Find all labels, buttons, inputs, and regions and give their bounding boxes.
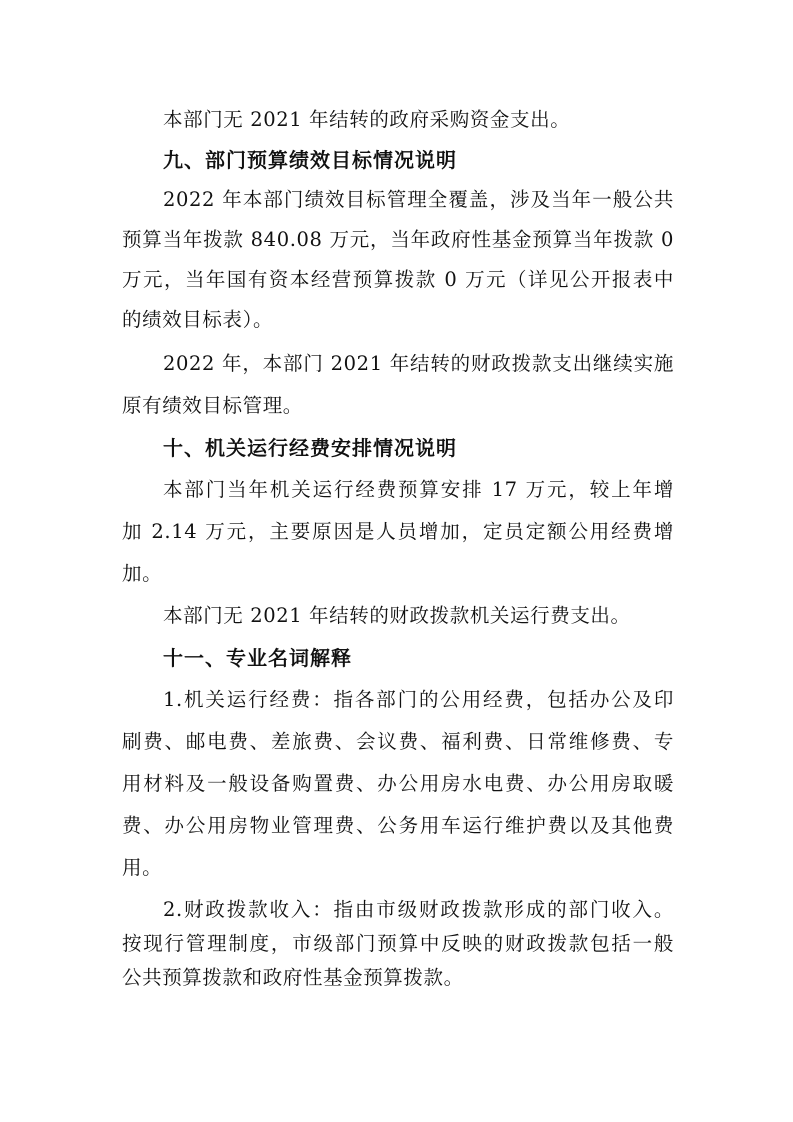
paragraph-line: 1.机关运行经费：指各部门的公用经费，包括办公及印 bbox=[163, 688, 674, 712]
paragraph-line: 的绩效目标表）。 bbox=[122, 308, 273, 332]
section-heading-10: 十、机关运行经费安排情况说明 bbox=[163, 436, 457, 460]
section-heading-11: 十一、专业名词解释 bbox=[163, 646, 352, 670]
paragraph-procurement-note: 本部门无 2021 年结转的政府采购资金支出。 bbox=[163, 108, 570, 132]
paragraph-line: 用材料及一般设备购置费、办公用房水电费、办公用房取暖 bbox=[122, 772, 674, 796]
paragraph-line: 按现行管理制度，市级部门预算中反映的财政拨款包括一般 bbox=[122, 932, 674, 956]
paragraph-line: 用。 bbox=[122, 856, 162, 880]
paragraph-line: 公共预算拨款和政府性基金预算拨款。 bbox=[122, 966, 464, 990]
paragraph-line: 预算当年拨款 840.08 万元，当年政府性基金预算当年拨款 0 bbox=[122, 228, 674, 252]
paragraph-line: 加。 bbox=[122, 562, 162, 586]
paragraph-line: 万元，当年国有资本经营预算拨款 0 万元（详见公开报表中 bbox=[122, 268, 674, 292]
section-heading-9: 九、部门预算绩效目标情况说明 bbox=[163, 148, 457, 172]
paragraph-line: 原有绩效目标管理。 bbox=[122, 394, 303, 418]
paragraph-line: 2.财政拨款收入：指由市级财政拨款形成的部门收入。 bbox=[163, 898, 674, 922]
paragraph-line: 费、办公用房物业管理费、公务用车运行维护费以及其他费 bbox=[122, 814, 674, 838]
paragraph-line: 本部门无 2021 年结转的财政拨款机关运行费支出。 bbox=[163, 604, 631, 628]
paragraph-line: 2022 年，本部门 2021 年结转的财政拨款支出继续实施 bbox=[163, 352, 674, 376]
paragraph-line: 2022 年本部门绩效目标管理全覆盖，涉及当年一般公共 bbox=[163, 188, 674, 212]
paragraph-line: 本部门当年机关运行经费预算安排 17 万元，较上年增 bbox=[163, 478, 674, 502]
paragraph-line: 刷费、邮电费、差旅费、会议费、福利费、日常维修费、专 bbox=[122, 730, 674, 754]
paragraph-line: 加 2.14 万元，主要原因是人员增加，定员定额公用经费增 bbox=[122, 520, 674, 544]
